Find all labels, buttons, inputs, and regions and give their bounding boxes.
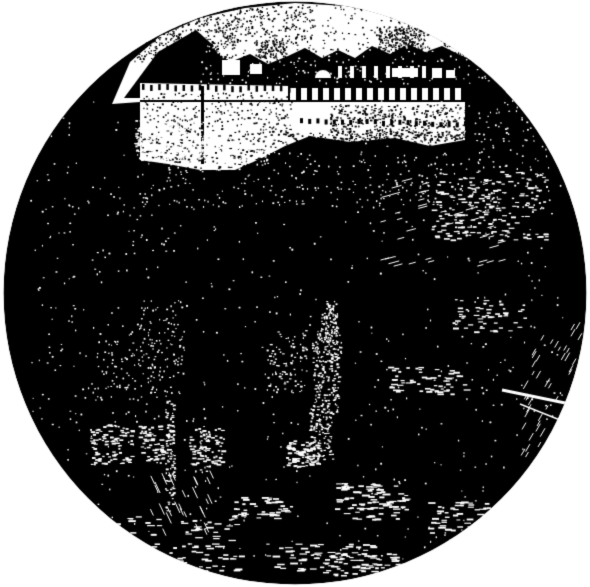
engraving-canvas (0, 0, 590, 587)
artwork-page (0, 0, 590, 587)
engraved-plate (0, 0, 590, 587)
